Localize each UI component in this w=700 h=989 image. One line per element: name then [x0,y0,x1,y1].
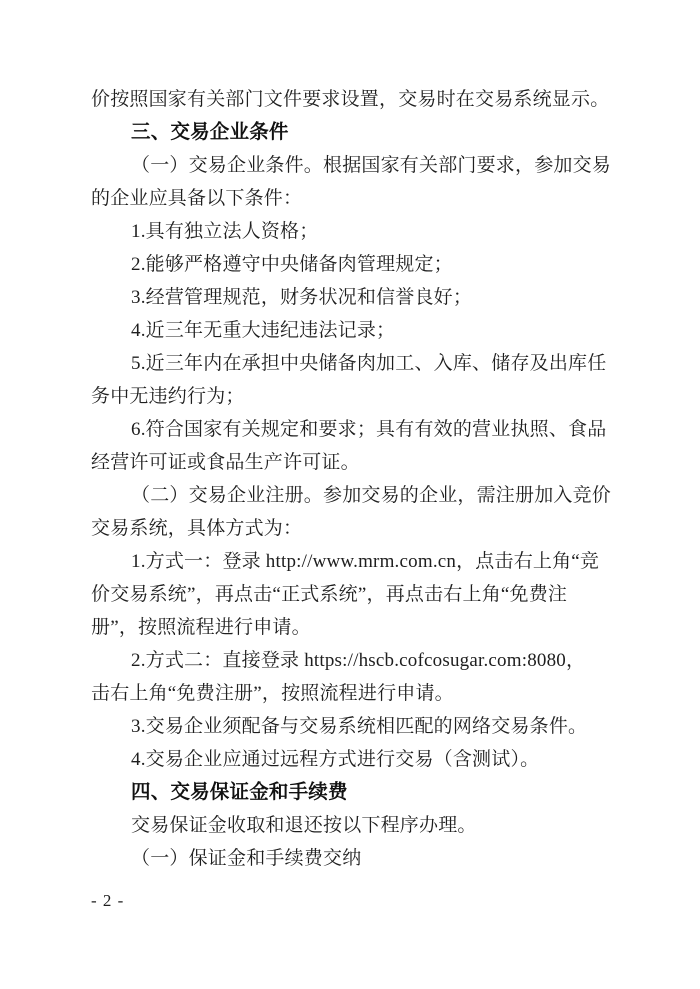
text-line: 6.符合国家有关规定和要求；具有有效的营业执照、食品 [91,413,615,446]
text-line: 2.能够严格遵守中央储备肉管理规定； [91,248,615,281]
text-line: （二）交易企业注册。参加交易的企业，需注册加入竞价 [91,479,615,512]
text-line: 4.近三年无重大违纪违法记录； [91,314,615,347]
text-line: 1.方式一：登录 http://www.mrm.com.cn，点击右上角“竞 [91,545,615,578]
document-body: 价按照国家有关部门文件要求设置，交易时在交易系统显示。三、交易企业条件（一）交易… [91,83,615,875]
page-number: - 2 - [91,889,124,913]
text-line: 经营许可证或食品生产许可证。 [91,446,615,479]
text-line: 2.方式二：直接登录 https://hscb.cofcosugar.com:8… [91,644,615,677]
text-line: （一）保证金和手续费交纳 [91,842,615,875]
document-page: 价按照国家有关部门文件要求设置，交易时在交易系统显示。三、交易企业条件（一）交易… [0,0,700,989]
text-line: 3.经营管理规范，财务状况和信誉良好； [91,281,615,314]
text-line: 1.具有独立法人资格； [91,215,615,248]
text-line: 的企业应具备以下条件： [91,182,615,215]
text-line: 击右上角“免费注册”，按照流程进行申请。 [91,677,615,710]
section-heading: 四、交易保证金和手续费 [91,776,615,809]
text-line: 交易系统，具体方式为： [91,512,615,545]
text-line: 册”，按照流程进行申请。 [91,611,615,644]
text-line: 5.近三年内在承担中央储备肉加工、入库、储存及出库任 [91,347,615,380]
text-line: 交易保证金收取和退还按以下程序办理。 [91,809,615,842]
text-line: 3.交易企业须配备与交易系统相匹配的网络交易条件。 [91,710,615,743]
text-line: 价按照国家有关部门文件要求设置，交易时在交易系统显示。 [91,83,615,116]
text-line: 4.交易企业应通过远程方式进行交易（含测试）。 [91,743,615,776]
section-heading: 三、交易企业条件 [91,116,615,149]
text-line: 务中无违约行为； [91,380,615,413]
text-line: 价交易系统”，再点击“正式系统”，再点击右上角“免费注 [91,578,615,611]
text-line: （一）交易企业条件。根据国家有关部门要求，参加交易 [91,149,615,182]
